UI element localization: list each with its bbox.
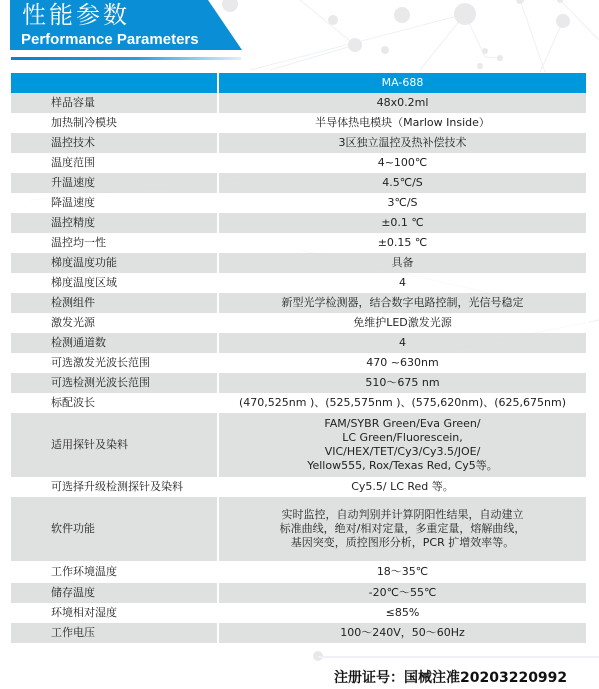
table-row: 温控技术 3区独立温控及热补偿技术: [11, 133, 587, 153]
decorative-line: [318, 656, 599, 658]
table-row: 激发光源 免维护LED激发光源: [11, 313, 587, 333]
table-row: 储存温度 -20℃～55℃: [11, 583, 587, 603]
row-value: 4: [218, 333, 587, 353]
row-label: 温控技术: [11, 133, 218, 153]
table-row: 温控精度 ±0.1 ℃: [11, 213, 587, 233]
table-row: 标配波长 (470,525nm )、(525,575nm )、(575,620n…: [11, 393, 587, 413]
row-value: ≤85%: [218, 603, 587, 623]
table-row: 温控均一性 ±0.15 ℃: [11, 233, 587, 253]
table-row: 温度范围 4~100℃: [11, 153, 587, 173]
row-value: 新型光学检测器，结合数字电路控制，光信号稳定: [218, 293, 587, 313]
value-line: 标准曲线，绝对/相对定量，多重定量，熔解曲线，: [219, 522, 586, 536]
header-cell-model: MA-688: [218, 73, 587, 93]
table-row: 工作环境温度 18～35℃: [11, 561, 587, 583]
table-row: 软件功能 实时监控，自动判别并计算阴阳性结果，自动建立 标准曲线，绝对/相对定量…: [11, 497, 587, 561]
row-value: 470 ~630nm: [218, 353, 587, 373]
row-value: 免维护LED激发光源: [218, 313, 587, 333]
table-row: 可选择升级检测探针及染料 Cy5.5/ LC Red 等。: [11, 477, 587, 497]
row-label: 检测通道数: [11, 333, 218, 353]
row-value: 4~100℃: [218, 153, 587, 173]
row-value: 100～240V，50～60Hz: [218, 623, 587, 643]
title-underline: [11, 57, 241, 60]
table-row: 降温速度 3℃/S: [11, 193, 587, 213]
row-label: 工作电压: [11, 623, 218, 643]
value-line: FAM/SYBR Green/Eva Green/: [219, 417, 586, 431]
table-row: 检测组件 新型光学检测器，结合数字电路控制，光信号稳定: [11, 293, 587, 313]
row-value: 4: [218, 273, 587, 293]
value-line: Yellow555, Rox/Texas Red, Cy5等。: [219, 459, 586, 473]
row-label: 可选择升级检测探针及染料: [11, 477, 218, 497]
row-label: 温控均一性: [11, 233, 218, 253]
row-label: 可选激发光波长范围: [11, 353, 218, 373]
section-title-banner: 性能参数 Performance Parameters: [10, 0, 242, 50]
row-value: ±0.1 ℃: [218, 213, 587, 233]
row-value: 18～35℃: [218, 561, 587, 583]
row-label: 标配波长: [11, 393, 218, 413]
row-label: 加热制冷模块: [11, 113, 218, 133]
value-line: 基因突变，质控图形分析，PCR 扩增效率等。: [219, 536, 586, 550]
row-value-multiline: FAM/SYBR Green/Eva Green/ LC Green/Fluor…: [218, 413, 587, 477]
table-row: 可选检测光波长范围 510～675 nm: [11, 373, 587, 393]
row-value: 4.5℃/S: [218, 173, 587, 193]
table-row: 加热制冷模块 半导体热电模块（Marlow Inside）: [11, 113, 587, 133]
row-label: 软件功能: [11, 497, 218, 561]
performance-parameters-table: MA-688 样品容量 48x0.2ml 加热制冷模块 半导体热电模块（Marl…: [11, 73, 588, 643]
row-label: 可选检测光波长范围: [11, 373, 218, 393]
row-value: 具备: [218, 253, 587, 273]
row-label: 储存温度: [11, 583, 218, 603]
row-label: 梯度温度区域: [11, 273, 218, 293]
registration-certificate: 注册证号：国械注准20203220992: [334, 670, 567, 687]
row-label: 工作环境温度: [11, 561, 218, 583]
table-row: 工作电压 100～240V，50～60Hz: [11, 623, 587, 643]
row-value: 3区独立温控及热补偿技术: [218, 133, 587, 153]
row-label: 适用探针及染料: [11, 413, 218, 477]
header-cell-label: [11, 73, 218, 93]
row-value: ±0.15 ℃: [218, 233, 587, 253]
row-value: 510～675 nm: [218, 373, 587, 393]
table-row: 升温速度 4.5℃/S: [11, 173, 587, 193]
row-value: 48x0.2ml: [218, 93, 587, 113]
row-value: 半导体热电模块（Marlow Inside）: [218, 113, 587, 133]
section-title-en: Performance Parameters: [21, 31, 199, 48]
value-line: VIC/HEX/TET/Cy3/Cy3.5/JOE/: [219, 445, 586, 459]
section-title-cn: 性能参数: [22, 1, 130, 29]
row-value: Cy5.5/ LC Red 等。: [218, 477, 587, 497]
row-value: (470,525nm )、(525,575nm )、(575,620nm)、(6…: [218, 393, 587, 413]
row-label: 样品容量: [11, 93, 218, 113]
value-line: LC Green/Fluorescein,: [219, 431, 586, 445]
row-value-multiline: 实时监控，自动判别并计算阴阳性结果，自动建立 标准曲线，绝对/相对定量，多重定量…: [218, 497, 587, 561]
value-line: 实时监控，自动判别并计算阴阳性结果，自动建立: [219, 508, 586, 522]
row-label: 降温速度: [11, 193, 218, 213]
table-row: 梯度温度功能 具备: [11, 253, 587, 273]
row-label: 温度范围: [11, 153, 218, 173]
row-label: 升温速度: [11, 173, 218, 193]
row-label: 检测组件: [11, 293, 218, 313]
row-label: 激发光源: [11, 313, 218, 333]
table-row: 样品容量 48x0.2ml: [11, 93, 587, 113]
table-row: 可选激发光波长范围 470 ~630nm: [11, 353, 587, 373]
table-header-row: MA-688: [11, 73, 587, 93]
row-value: -20℃～55℃: [218, 583, 587, 603]
table-row: 适用探针及染料 FAM/SYBR Green/Eva Green/ LC Gre…: [11, 413, 587, 477]
table-row: 环境相对湿度 ≤85%: [11, 603, 587, 623]
table-row: 检测通道数 4: [11, 333, 587, 353]
row-label: 环境相对湿度: [11, 603, 218, 623]
table-row: 梯度温度区域 4: [11, 273, 587, 293]
row-label: 温控精度: [11, 213, 218, 233]
row-label: 梯度温度功能: [11, 253, 218, 273]
row-value: 3℃/S: [218, 193, 587, 213]
